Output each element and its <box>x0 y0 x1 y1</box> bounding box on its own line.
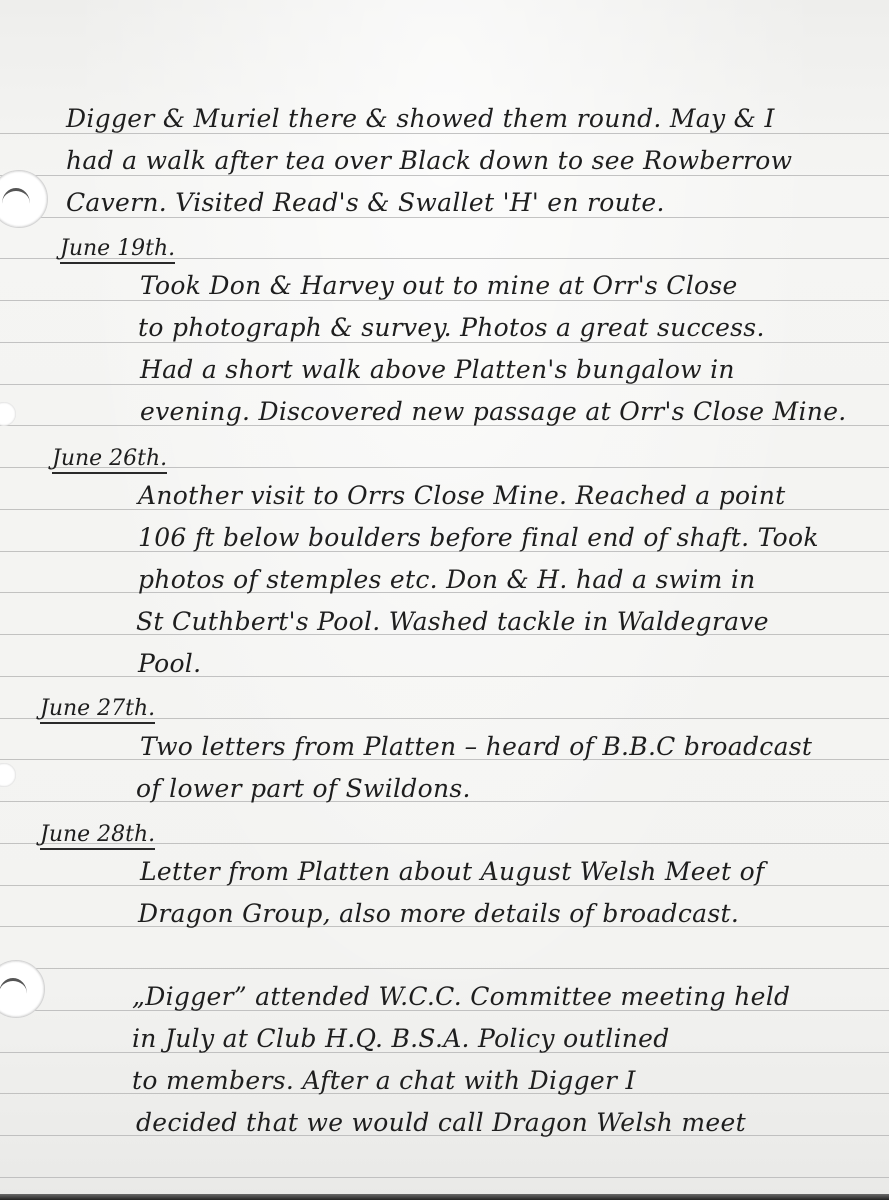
text-line: Letter from Platten about August Welsh M… <box>140 857 765 886</box>
text-line: Pool. <box>138 649 201 678</box>
entry-date: June 19th. <box>60 236 175 264</box>
ruled-line <box>0 133 889 134</box>
text-line: Took Don & Harvey out to mine at Orr's C… <box>140 271 738 300</box>
text-line: evening. Discovered new passage at Orr's… <box>140 397 847 426</box>
ruled-line <box>0 968 889 969</box>
text-line: 106 ft below boulders before final end o… <box>138 523 819 552</box>
ruled-line <box>0 217 889 218</box>
entry-date: June 28th. <box>40 822 155 850</box>
ruled-line <box>0 676 889 677</box>
text-line: photos of stemples etc. Don & H. had a s… <box>138 565 756 594</box>
text-line: to members. After a chat with Digger I <box>132 1066 636 1095</box>
ruled-line <box>0 1177 889 1178</box>
notebook-page: Digger & Muriel there & showed them roun… <box>0 0 889 1200</box>
binder-hole-lower <box>0 763 16 787</box>
entry-date: June 26th. <box>52 446 167 474</box>
binder-hole-upper <box>0 402 16 426</box>
text-line: St Cuthbert's Pool. Washed tackle in Wal… <box>136 607 769 636</box>
text-line: Had a short walk above Platten's bungalo… <box>140 355 735 384</box>
ruled-line <box>0 342 889 343</box>
ruled-line <box>0 384 889 385</box>
text-line: „Digger” attended W.C.C. Committee meeti… <box>132 982 790 1011</box>
ruled-line <box>0 175 889 176</box>
text-line: of lower part of Swildons. <box>136 774 471 803</box>
text-line: Another visit to Orrs Close Mine. Reache… <box>138 481 785 510</box>
text-line: Cavern. Visited Read's & Swallet 'H' en … <box>66 188 665 217</box>
text-line: decided that we would call Dragon Welsh … <box>136 1108 746 1137</box>
text-line: Two letters from Platten – heard of B.B.… <box>140 732 812 761</box>
text-line: had a walk after tea over Black down to … <box>66 146 792 175</box>
text-line: Dragon Group, also more details of broad… <box>138 899 739 928</box>
entry-date: June 27th. <box>40 696 155 724</box>
ruled-line <box>0 300 889 301</box>
binder-hole-reinforced-top <box>0 170 48 228</box>
text-line: to photograph & survey. Photos a great s… <box>138 313 765 342</box>
page-bottom-edge <box>0 1194 889 1200</box>
text-line: Digger & Muriel there & showed them roun… <box>66 104 775 133</box>
text-line: in July at Club H.Q. B.S.A. Policy outli… <box>132 1024 670 1053</box>
